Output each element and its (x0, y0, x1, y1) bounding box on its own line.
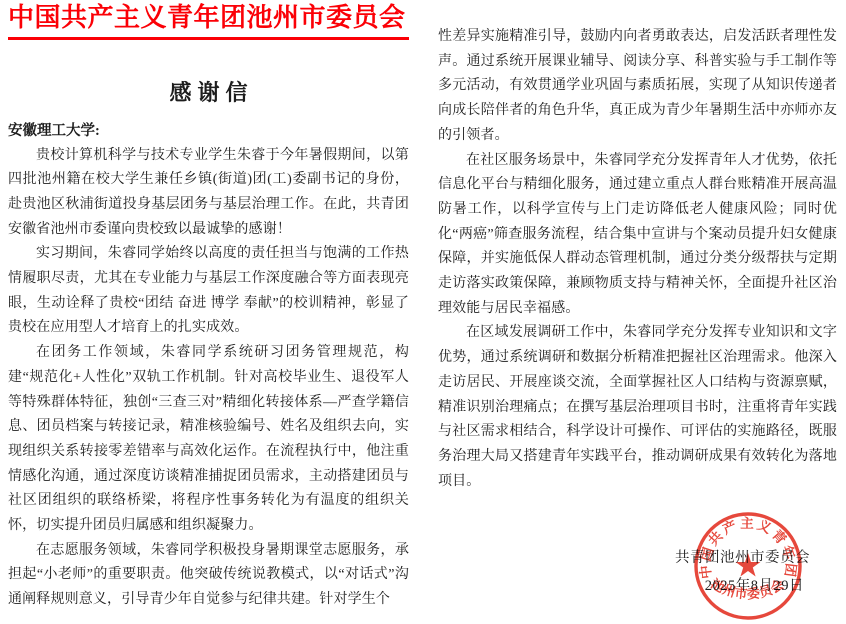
document-title: 感谢信 (8, 80, 409, 106)
paragraph-volunteer-part2: 性差异实施精准引导，鼓励内向者勇敢表达，启发活跃者理性发声。通过系统开展课业辅导… (438, 25, 837, 149)
letterhead-title: 中国共产主义青年团池州市委员会 (8, 3, 409, 33)
paragraph-intro: 贵校计算机科学与技术专业学生朱睿于今年暑假期间，以第四批池州籍在校大学生兼任乡镇… (8, 144, 409, 243)
paragraph-community-service: 在社区服务场景中，朱睿同学充分发挥青年人才优势，依托信息化平台与精细化服务，通过… (438, 149, 837, 322)
paragraph-internship: 实习期间，朱睿同学始终以高度的责任担当与饱满的工作热情履职尽责，尤其在专业能力与… (8, 242, 409, 341)
official-seal: 中国共产主义青年团 池州市委员会 (688, 506, 808, 624)
seal-star-icon (736, 553, 761, 577)
left-column: 中国共产主义青年团池州市委员会 感谢信 安徽理工大学: 贵校计算机科学与技术专业… (8, 3, 409, 613)
salutation: 安徽理工大学: (8, 119, 409, 144)
paragraph-research: 在区域发展调研工作中，朱睿同学充分发挥专业知识和文字优势，通过系统调研和数据分析… (438, 321, 837, 494)
letter-document-page: 中国共产主义青年团池州市委员会 感谢信 安徽理工大学: 贵校计算机科学与技术专业… (0, 0, 846, 624)
letterhead-rule (8, 37, 409, 40)
seal-bottom-text: 池州市委员会 (708, 576, 786, 602)
paragraph-league-affairs: 在团务工作领域，朱睿同学系统研习团务管理规范，构建“规范化+人性化”双轨工作机制… (8, 341, 409, 539)
paragraph-volunteer-part1: 在志愿服务领域，朱睿同学积极投身暑期课堂志愿服务，承担起“小老师”的重要职责。他… (8, 539, 409, 613)
svg-text:池州市委员会: 池州市委员会 (708, 576, 786, 602)
